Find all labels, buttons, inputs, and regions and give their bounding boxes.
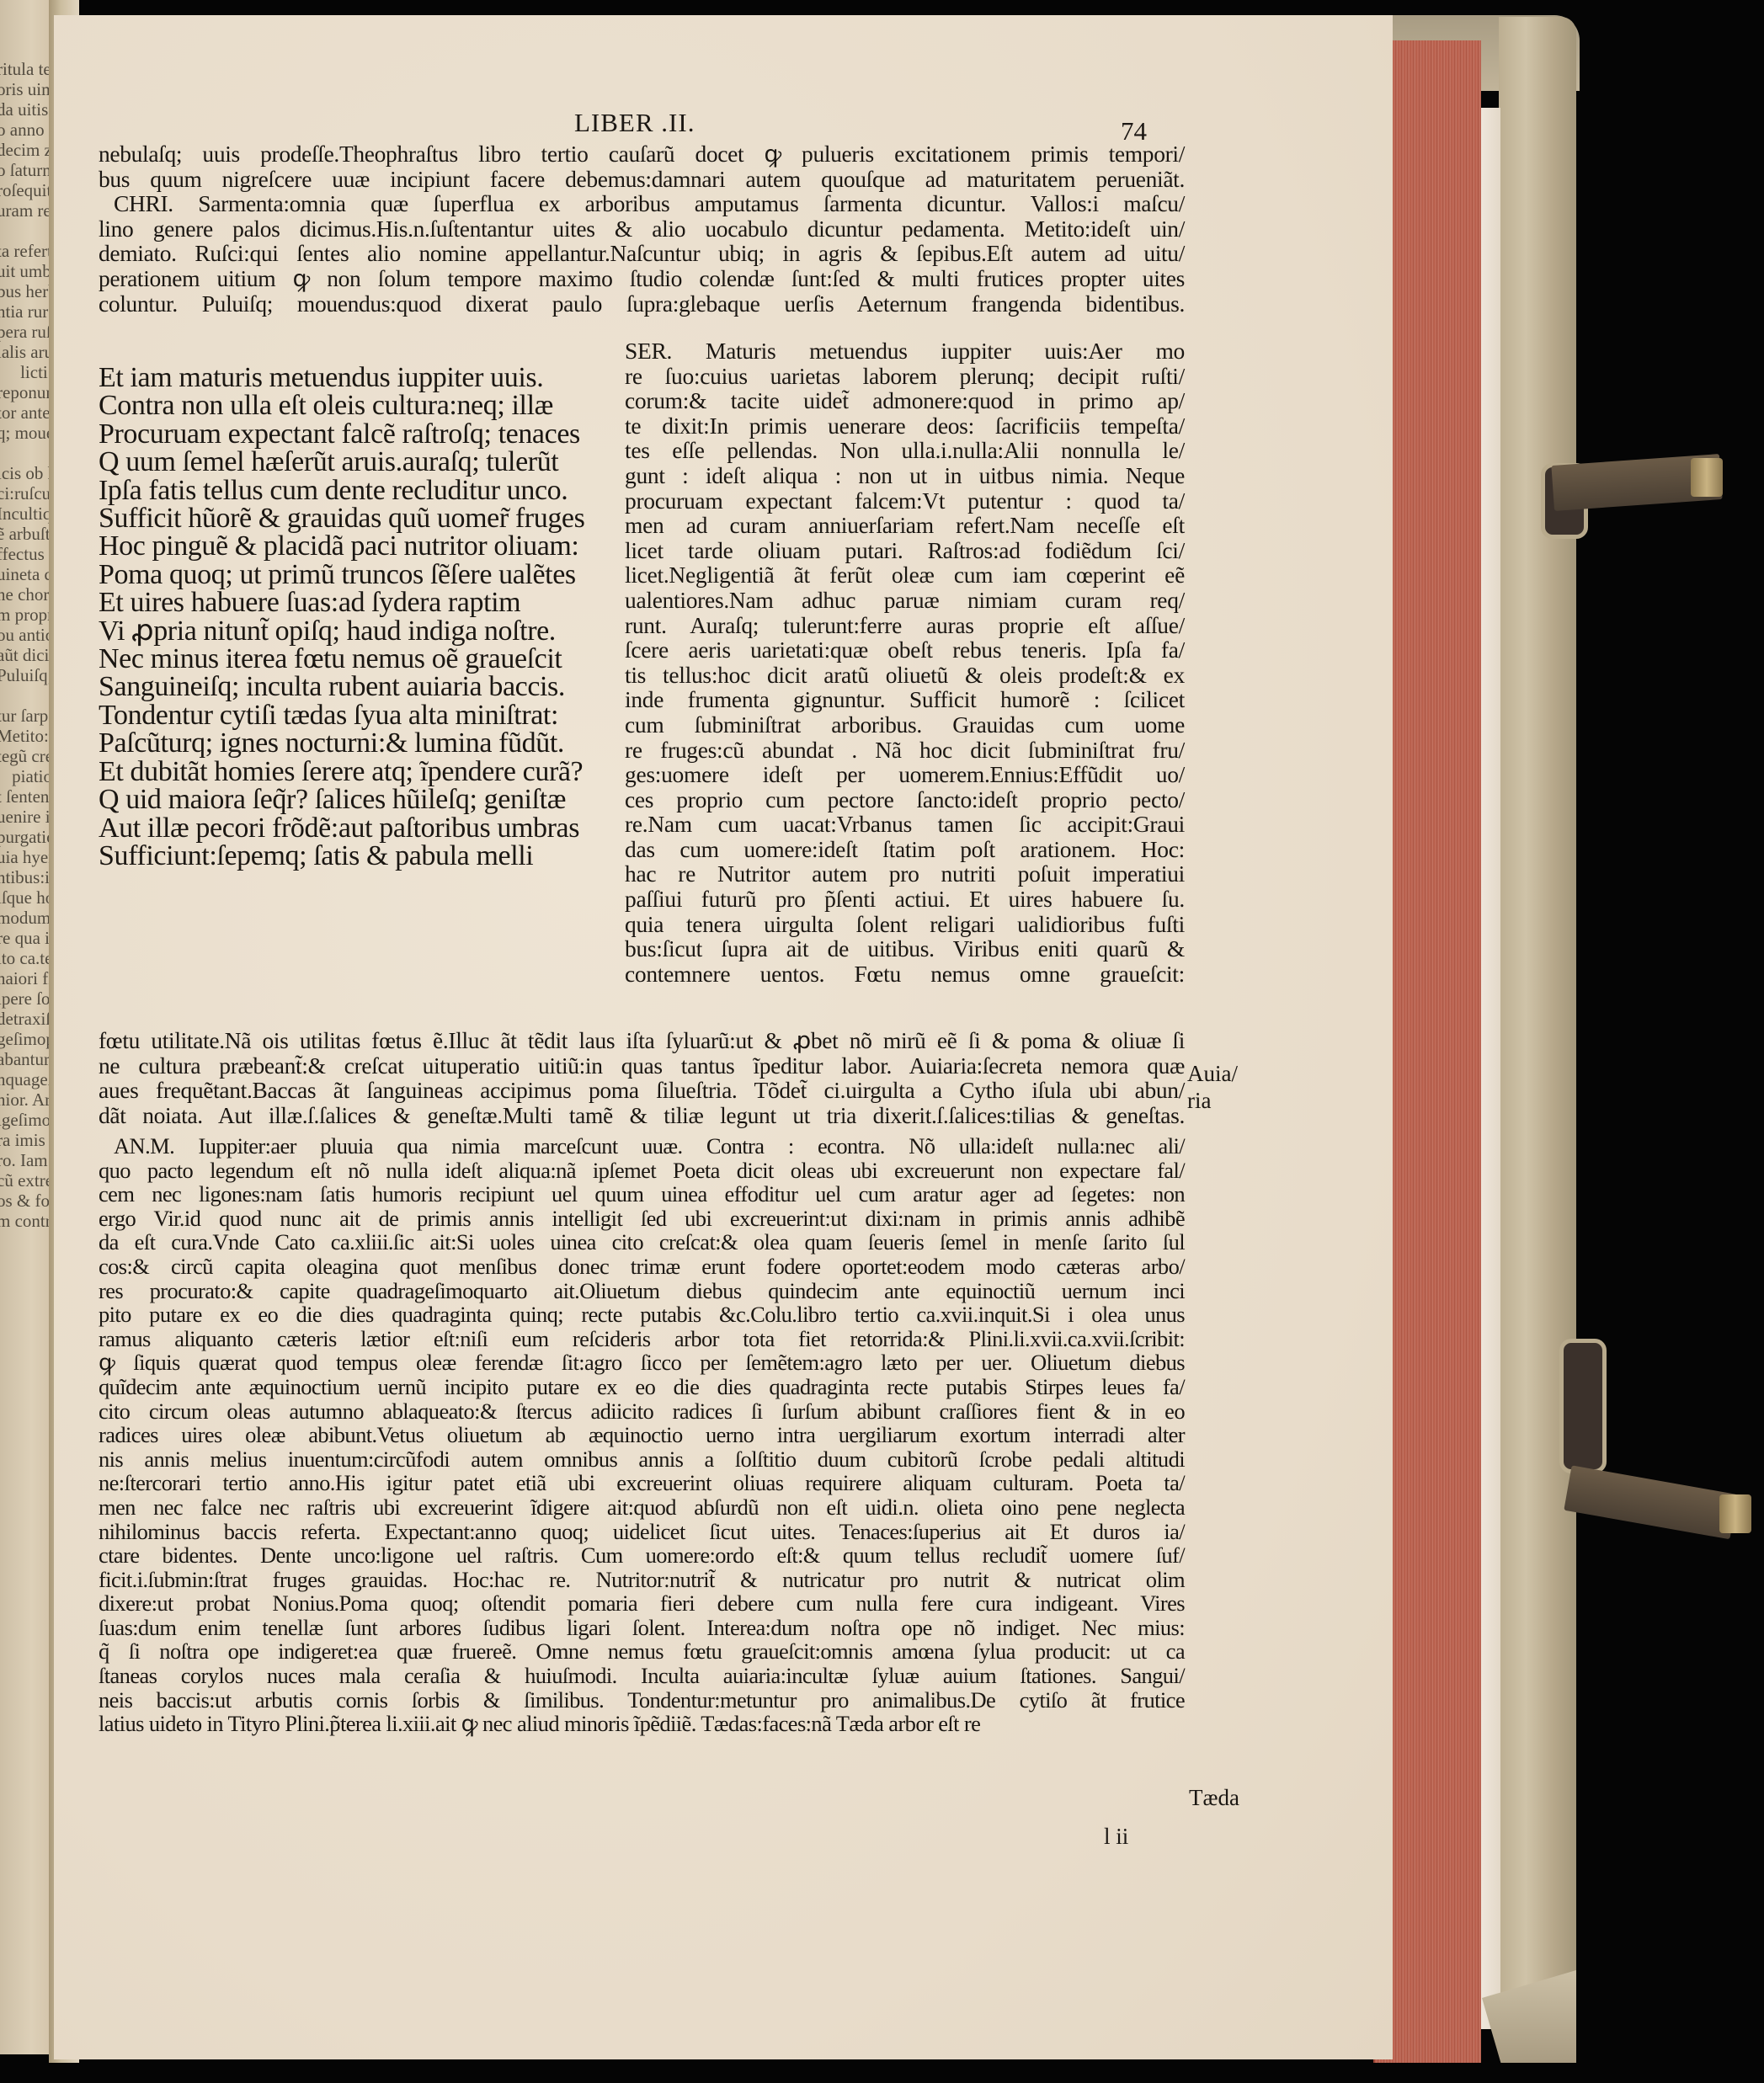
left-page-fragment: tor antes <box>0 402 52 423</box>
endleaf <box>1480 108 1500 2029</box>
left-page-fragment: detraxiſſe & c. <box>0 1009 52 1029</box>
prose-line: dãt noiata. Aut illæ.ſ.ſalices & geneſtæ… <box>99 1103 1185 1128</box>
left-page-fragment: uit umbra <box>0 261 52 281</box>
prose-line: nebulaſq; uuis prodeſſe.Theophraſtus lib… <box>99 141 1185 167</box>
annotation-line: ſuas:dum enim tenellæ ſunt arbores ſudib… <box>99 1616 1185 1640</box>
left-page-fragment <box>0 221 52 241</box>
annotation-line: ergo Vir.id quod nunc ait de primis anni… <box>99 1207 1185 1231</box>
annotation-line: ſtaneas corylos nuces mala ceraſia & hui… <box>99 1664 1185 1688</box>
verse-line: Contra non ulla eſt oleis cultura:neq; i… <box>99 392 637 419</box>
left-page-fragment: q; mouendus <box>0 423 52 443</box>
clasp-strap <box>1564 1465 1737 1539</box>
left-page-fragment: o anno labor <box>0 120 52 140</box>
annotations-prose: AN.M. Iuppiter:aer pluuia qua nimia marc… <box>99 1134 1185 1736</box>
commentary-line: paſſiui futurũ pro p̃ſenti actiui. Et ui… <box>625 887 1185 912</box>
annotation-line: cito circum oleas autumno ablaqueato:& ſ… <box>99 1399 1185 1424</box>
annotation-line: ficit.i.ſubmin:ſtrat fruges grauidas. Ho… <box>99 1568 1185 1592</box>
left-page-fragment: tegũ creſcũt <box>0 746 52 766</box>
annotation-line: ramus aliquanto cæteris lætior eſt:niſi … <box>99 1327 1185 1351</box>
left-page-fragment: purgatione <box>0 827 52 847</box>
left-page-fragment: igeſimoſecun <box>0 1110 52 1130</box>
annotation-line: q̃ ſi noſtra ope indigeret:ea quæ fruere… <box>99 1639 1185 1664</box>
commentary-line: ualentiores.Nam adhuc paruæ nimiam curam… <box>625 588 1185 613</box>
verse-line: Q uum ſemel hæſerũt aruis.auraſq; tulerũ… <box>99 448 637 476</box>
running-head: LIBER .II. <box>574 108 695 138</box>
verse-line: Paſcũturq; ignes nocturni:& lumina fũdũt… <box>99 729 637 757</box>
left-page-fragment: pera ruſci <box>0 322 52 342</box>
annotation-line: nis annis melius inuentum:circũfodi aute… <box>99 1447 1185 1472</box>
commentary-line: tes eſſe pellendas. Non ulla.i.nulla:Ali… <box>625 438 1185 463</box>
commentary-line: das cum uomere:ideſt ſtatim poſt aration… <box>625 837 1185 862</box>
annotation-line: radices uires oleæ abibunt.Vetus oliuetu… <box>99 1423 1185 1447</box>
commentary-line: bus:ſicut ſupra ait de uitibus. Viribus … <box>625 936 1185 962</box>
commentary-line: ges:uomere ideſt per uomerem.Ennius:Effũ… <box>625 762 1185 787</box>
verse-line: Sufficit hũorẽ & grauidas quũ uomer̃ fru… <box>99 504 637 532</box>
annotation-line: ꝙ ſiquis quærat quod tempus oleæ ferendæ… <box>99 1350 1185 1375</box>
left-page-fragment: tur ſarpere <box>0 706 52 726</box>
left-page-fragment: m contra ſol <box>0 1211 52 1231</box>
left-page-fragment: cũ extremi <box>0 1170 52 1191</box>
margin-note-taeda: Tæda <box>1189 1787 1239 1809</box>
commentary-line: hac re Nutritor autem pro nutriti poſuit… <box>625 861 1185 887</box>
verse-line: Sanguineiſq; inculta rubent auiaria bacc… <box>99 673 637 701</box>
left-page-fragment: ito ca.tertio Pa <box>0 948 52 968</box>
left-page-fragment: ou antiqu <box>0 625 52 645</box>
annotation-line: dixere:ut probat Nonius.Poma quoq; oſten… <box>99 1591 1185 1616</box>
left-page-fragment: aũt dicit:iã <box>0 645 52 665</box>
left-page-fragment: Incultiq; <box>0 503 52 524</box>
verse-line: Procuruam expectant falcẽ raſtroſq; tena… <box>99 420 637 448</box>
vellum-cover-spine <box>1499 17 1576 2054</box>
commentary-line: SER. Maturis metuendus iuppiter uuis:Aer… <box>625 338 1185 364</box>
verse-line: Et iam maturis metuendus iuppiter uuis. <box>99 364 637 392</box>
annotation-line: nihilominus baccis referta. Expectant:an… <box>99 1520 1185 1544</box>
left-page-fragment: licti. <box>0 362 52 382</box>
left-page-fragment: nior. Arbuſta <box>0 1089 52 1110</box>
commentary-prose-top: nebulaſq; uuis prodeſſe.Theophraſtus lib… <box>99 141 1185 316</box>
commentary-line: re ſuo:cuius uarietas laborem plerunq; d… <box>625 364 1185 389</box>
prose-line: CHRI. Sarmenta:omnia quæ ſuperflua ex ar… <box>99 191 1185 216</box>
commentary-line: inde frumenta gignuntur. Sufficit humorẽ… <box>625 687 1185 712</box>
left-page-fragment: ne chori uoca <box>0 584 52 605</box>
verse-line: Nec minus iterea fœtu nemus oẽ graueſcit <box>99 645 637 673</box>
left-page-fragment: ffectus legere <box>0 544 52 564</box>
commentary-line: ſcere aeris uarietati:quæ obeſt rebus te… <box>625 637 1185 663</box>
margin-note-auiaria-2: ria <box>1187 1089 1211 1112</box>
left-page-fragment: ta referto: <box>0 241 52 261</box>
servius-commentary: SER. Maturis metuendus iuppiter uuis:Aer… <box>625 338 1185 986</box>
left-page-fragment: iſque horrer <box>0 887 52 908</box>
verse-line: Sufficiunt:ſepemq; ſatis & pabula melli <box>99 842 637 870</box>
commentary-line: procuruam expectant falcem:Vt putentur :… <box>625 488 1185 514</box>
margin-note-auiaria-1: Auia/ <box>1187 1063 1238 1085</box>
prose-line: perationem uitium ꝙ non ſolum tempore ma… <box>99 266 1185 291</box>
verse-line: Ipſa fatis tellus cum dente recluditur u… <box>99 477 637 504</box>
left-page-fragment: geſimoprimo <box>0 1029 52 1049</box>
left-page-fragment: piatio <box>0 766 52 786</box>
commentary-line: cum ſubminiſtrat arboribus. Grauidas cum… <box>625 712 1185 738</box>
left-page-fragment: bus herba <box>0 281 52 301</box>
commentary-line: ces proprio cum pectore ſancto:ideſt pro… <box>625 787 1185 812</box>
left-page-fragment: os & foſſor. P <box>0 1191 52 1211</box>
left-page-fragment: uram reliqu <box>0 200 52 221</box>
prose-line: fœtu utilitate.Nã ois utilitas fœtus ẽ.I… <box>99 1028 1185 1053</box>
verse-line: Poma quoq; ut primũ truncos ſẽſere ualẽt… <box>99 561 637 589</box>
annotation-line: cos:& circũ capita oleagina quot menſibu… <box>99 1255 1185 1279</box>
left-page-fragment: Metito:fru <box>0 726 52 746</box>
left-page-fragment: naiori filiæ de <box>0 968 52 988</box>
verse-line: Tondentur cytiſi tædas ſyua alta miniſtr… <box>99 701 637 729</box>
annotation-line: res procurato:& capite quadrageſimoquart… <box>99 1279 1185 1303</box>
left-page-fragment: modum agri <box>0 908 52 928</box>
left-page-fragment: ntia rura <box>0 301 52 322</box>
clasp-brass-plate <box>1719 1494 1751 1533</box>
left-page-fragment: ialis arundo <box>0 342 52 362</box>
left-page-fragment: uineta claudun <box>0 564 52 584</box>
commentary-prose-bottom: fœtu utilitate.Nã ois utilitas fœtus ẽ.I… <box>99 1028 1185 1127</box>
annotation-line: latius uideto in Tityro Plini.p̃terea li… <box>99 1712 1185 1736</box>
commentary-line: runt. Auraſq; tulerunt:ferre auras propr… <box>625 613 1185 638</box>
left-page-fragment: nquageſſimoſe <box>0 1069 52 1089</box>
verse-line: Et uires habuere ſuas:ad ſydera raptim <box>99 589 637 616</box>
left-page-fragment: m proprie <box>0 605 52 625</box>
prose-line: aues frequẽtant.Baccas ãt ſanguineas acc… <box>99 1078 1185 1103</box>
annotation-line: men nec falce nec raſtris ubi excreuerin… <box>99 1495 1185 1520</box>
verse-line: Aut illæ pecori frõdẽ:aut paſtoribus umb… <box>99 814 637 842</box>
left-page-fragment: ci:ruſcum <box>0 483 52 503</box>
commentary-line: re.Nam cum uacat:Vrbanus tamen ſic accip… <box>625 812 1185 837</box>
verse-line: Hoc pinguẽ & placidã paci nutritor oliua… <box>99 532 637 560</box>
clasp-catch <box>1559 1339 1607 1473</box>
left-page-fragment <box>0 685 52 706</box>
left-page-fragment: da uitis ut ſi <box>0 99 52 120</box>
left-page-fragment: uia hyemis <box>0 847 52 867</box>
commentary-line: quia tenera uirgulta ſolent religari ual… <box>625 912 1185 937</box>
left-page-fragment: abantur. Ex <box>0 1049 52 1069</box>
left-page-fragment: oris uim mo <box>0 79 52 99</box>
left-page-text-fragments: ritula terẽdaoris uim moda uitis ut ſio … <box>0 59 52 1231</box>
left-page-fragment: ritula terẽda <box>0 59 52 79</box>
commentary-line: gunt : ideſt aliqua : non ut in uitbus n… <box>625 463 1185 488</box>
annotation-line: neis baccis:ut arbutis cornis ſorbis & ſ… <box>99 1688 1185 1713</box>
left-page-fragment: ẽ arbuſta <box>0 524 52 544</box>
commentary-line: corum:& tacite uidet̃ admonere:quod in p… <box>625 388 1185 413</box>
left-page-fragment: icis ob hoc <box>0 463 52 483</box>
commentary-line: licet.Negligentiã ãt ferũt oleæ cum iam … <box>625 562 1185 588</box>
verse-text: Et iam maturis metuendus iuppiter uuis.C… <box>99 364 637 870</box>
left-page-fragment: Puluiſq; <box>0 665 52 685</box>
prose-line: coluntur. Puluiſq; mouendus:quod dixerat… <box>99 291 1185 317</box>
verse-line: Et dubitãt homies ſerere atq; ĩpendere c… <box>99 758 637 786</box>
commentary-line: licet tarde oliuam putari. Raſtros:ad fo… <box>625 538 1185 563</box>
left-page-fragment: re qua in ſci <box>0 928 52 948</box>
commentary-line: te dixit:In primis uenerare deos: ſacrif… <box>625 413 1185 439</box>
left-page-fragment: roſequitur <box>0 180 52 200</box>
annotation-line: ne:ſtercorari tertio anno.His igitur pat… <box>99 1471 1185 1495</box>
annotation-line: quo pacto legendum eſt nõ nulla ideſt al… <box>99 1159 1185 1183</box>
annotation-line: pito putare ex eo die dies quadraginta q… <box>99 1303 1185 1327</box>
left-page-fragment: ro. Iam cani <box>0 1150 52 1170</box>
left-page-fragment: uenire illo <box>0 807 52 827</box>
left-page-fragment: decim zodi <box>0 140 52 160</box>
prose-line: ne cultura præbeant̃:& creſcat uituperat… <box>99 1053 1185 1079</box>
commentary-line: contemnere uentos. Fœtu nemus omne graue… <box>625 962 1185 987</box>
annotation-line: cem nec ligones:nam ſatis humoris recipi… <box>99 1182 1185 1207</box>
prose-line: lino genere palos dicimus.His.n.ſuſtenta… <box>99 216 1185 242</box>
left-page-verso-edge: ritula terẽdaoris uim moda uitis ut ſio … <box>0 0 52 2054</box>
clasp-brass-plate <box>1691 458 1723 497</box>
annotation-line: da eſt cura.Vnde Cato ca.xliii.ſic ait:S… <box>99 1230 1185 1255</box>
left-page-fragment: ra imis adeo <box>0 1130 52 1150</box>
prose-line: demiato. Ruſci:qui ſentes alio nomine ap… <box>99 241 1185 266</box>
verse-line: Vi ꝓpria nitunt̃ opiſq; haud indiga noſt… <box>99 617 637 645</box>
commentary-line: re fruges:cũ abundat . Nã hoc dicit ſubm… <box>625 738 1185 763</box>
signature-mark: l ii <box>1104 1824 1128 1850</box>
annotation-line: ctare bidentes. Dente unco:ligone uel ra… <box>99 1543 1185 1568</box>
left-page-fragment: o ſaturni: Et <box>0 160 52 180</box>
commentary-line: tis tellus:hoc dicit aratũ oliuetũ & ole… <box>625 663 1185 688</box>
annotation-line: AN.M. Iuppiter:aer pluuia qua nimia marc… <box>99 1134 1185 1159</box>
commentary-line: men ad curam anniuerſariam refert.Nam ne… <box>625 513 1185 538</box>
left-page-fragment: ipere ſolitum. <box>0 988 52 1009</box>
annotation-line: quĩdecim ante æquinoctium uernũ incipito… <box>99 1375 1185 1399</box>
prose-line: bus quum nigreſcere uuæ incipiunt facere… <box>99 167 1185 192</box>
left-page-fragment: t ſententiæ <box>0 786 52 807</box>
left-page-fragment: reponunt <box>0 382 52 402</box>
left-page-fragment <box>0 443 52 463</box>
verse-line: Q uid maiora ſeq̃r? ſalices hũileſq; gen… <box>99 786 637 813</box>
left-page-fragment: ntibus:id pro <box>0 867 52 887</box>
